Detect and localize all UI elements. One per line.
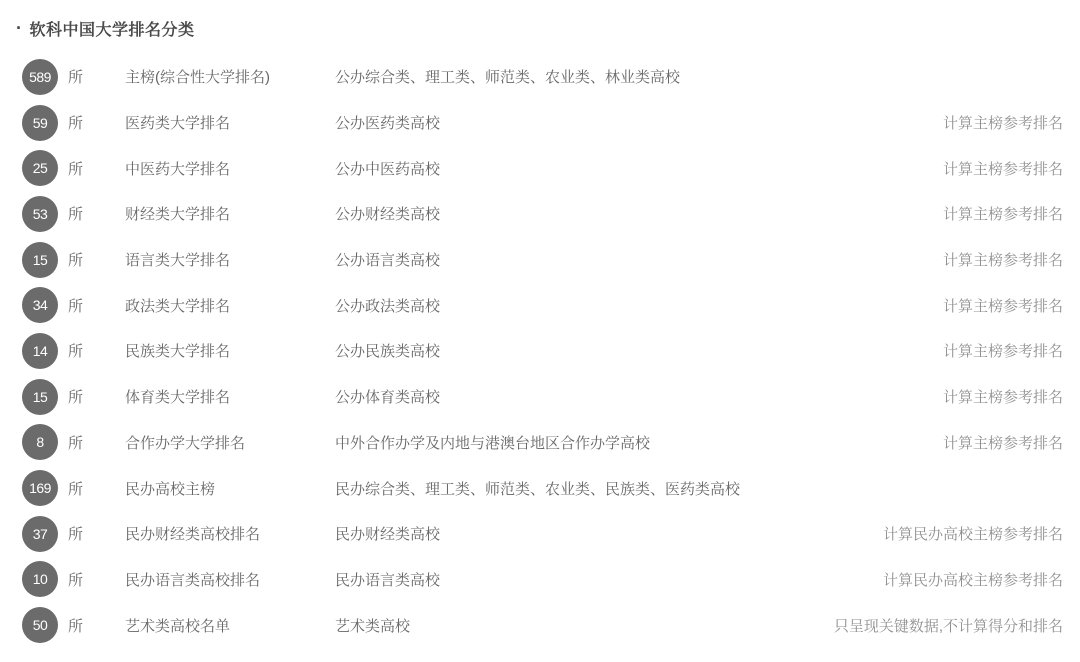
unit-label: 所 (63, 569, 125, 590)
ranking-classification-page: · 软科中国大学排名分类 589 所 主榜(综合性大学排名) 公办综合类、理工类… (0, 0, 1080, 662)
category-note: 计算主榜参考排名 (943, 203, 1063, 224)
unit-label: 所 (63, 66, 125, 87)
category-description: 艺术类高校 (335, 615, 834, 636)
count-value: 37 (33, 527, 48, 541)
unit-label: 所 (63, 478, 125, 499)
unit-label: 所 (63, 158, 125, 179)
ranking-category-row: 15 所 语言类大学排名 公办语言类高校 计算主榜参考排名 (0, 237, 1080, 283)
ranking-category-row: 37 所 民办财经类高校排名 民办财经类高校 计算民办高校主榜参考排名 (0, 511, 1080, 557)
count-value: 15 (33, 390, 48, 404)
unit-label: 所 (63, 386, 125, 407)
category-note: 计算主榜参考排名 (943, 432, 1063, 453)
category-description: 中外合作办学及内地与港澳台地区合作办学高校 (335, 432, 943, 453)
unit-label: 所 (63, 615, 125, 636)
count-badge: 50 (22, 607, 58, 643)
category-note: 计算主榜参考排名 (943, 158, 1063, 179)
category-note: 计算民办高校主榜参考排名 (883, 569, 1063, 590)
count-badge: 14 (22, 333, 58, 369)
ranking-category-row: 15 所 体育类大学排名 公办体育类高校 计算主榜参考排名 (0, 374, 1080, 420)
unit-label: 所 (63, 295, 125, 316)
category-description: 公办综合类、理工类、师范类、农业类、林业类高校 (335, 66, 1063, 87)
category-name: 民办高校主榜 (125, 478, 335, 499)
category-description: 公办民族类高校 (335, 340, 943, 361)
category-description: 公办政法类高校 (335, 295, 943, 316)
unit-label: 所 (63, 340, 125, 361)
count-value: 589 (29, 70, 51, 84)
ranking-category-row: 50 所 艺术类高校名单 艺术类高校 只呈现关键数据,不计算得分和排名 (0, 602, 1080, 648)
category-name: 财经类大学排名 (125, 203, 335, 224)
category-name: 民族类大学排名 (125, 340, 335, 361)
category-description: 民办语言类高校 (335, 569, 883, 590)
count-value: 50 (33, 618, 48, 632)
category-description: 公办中医药高校 (335, 158, 943, 179)
count-value: 10 (33, 572, 48, 586)
category-description: 公办语言类高校 (335, 249, 943, 270)
category-name: 中医药大学排名 (125, 158, 335, 179)
ranking-category-row: 25 所 中医药大学排名 公办中医药高校 计算主榜参考排名 (0, 145, 1080, 191)
category-name: 民办语言类高校排名 (125, 569, 335, 590)
category-description: 民办财经类高校 (335, 523, 883, 544)
category-note: 计算民办高校主榜参考排名 (883, 523, 1063, 544)
count-badge: 34 (22, 287, 58, 323)
count-badge: 15 (22, 379, 58, 415)
count-badge: 37 (22, 516, 58, 552)
category-name: 政法类大学排名 (125, 295, 335, 316)
count-value: 14 (33, 344, 48, 358)
category-name: 艺术类高校名单 (125, 615, 335, 636)
count-value: 53 (33, 207, 48, 221)
count-badge: 8 (22, 424, 58, 460)
count-badge: 10 (22, 561, 58, 597)
category-note: 计算主榜参考排名 (943, 386, 1063, 407)
category-note: 计算主榜参考排名 (943, 249, 1063, 270)
count-value: 25 (33, 161, 48, 175)
count-badge: 15 (22, 242, 58, 278)
unit-label: 所 (63, 432, 125, 453)
ranking-category-row: 8 所 合作办学大学排名 中外合作办学及内地与港澳台地区合作办学高校 计算主榜参… (0, 420, 1080, 466)
category-name: 语言类大学排名 (125, 249, 335, 270)
count-value: 59 (33, 116, 48, 130)
count-badge: 169 (22, 470, 58, 506)
category-name: 合作办学大学排名 (125, 432, 335, 453)
section-title: · 软科中国大学排名分类 (16, 17, 1063, 39)
count-value: 15 (33, 253, 48, 267)
count-badge: 589 (22, 59, 58, 95)
count-value: 8 (36, 435, 43, 449)
category-description: 公办体育类高校 (335, 386, 943, 407)
category-note: 只呈现关键数据,不计算得分和排名 (834, 615, 1063, 636)
category-note: 计算主榜参考排名 (943, 340, 1063, 361)
count-value: 34 (33, 298, 48, 312)
category-note: 计算主榜参考排名 (943, 295, 1063, 316)
unit-label: 所 (63, 203, 125, 224)
category-description: 公办财经类高校 (335, 203, 943, 224)
page-title: 软科中国大学排名分类 (30, 17, 195, 40)
category-name: 主榜(综合性大学排名) (125, 66, 335, 87)
ranking-category-list: 589 所 主榜(综合性大学排名) 公办综合类、理工类、师范类、农业类、林业类高… (0, 54, 1080, 648)
count-value: 169 (29, 481, 51, 495)
category-name: 医药类大学排名 (125, 112, 335, 133)
category-name: 体育类大学排名 (125, 386, 335, 407)
category-description: 民办综合类、理工类、师范类、农业类、民族类、医药类高校 (335, 478, 1063, 499)
count-badge: 25 (22, 150, 58, 186)
ranking-category-row: 10 所 民办语言类高校排名 民办语言类高校 计算民办高校主榜参考排名 (0, 557, 1080, 603)
count-badge: 59 (22, 105, 58, 141)
ranking-category-row: 14 所 民族类大学排名 公办民族类高校 计算主榜参考排名 (0, 328, 1080, 374)
unit-label: 所 (63, 523, 125, 544)
ranking-category-row: 169 所 民办高校主榜 民办综合类、理工类、师范类、农业类、民族类、医药类高校 (0, 465, 1080, 511)
category-note: 计算主榜参考排名 (943, 112, 1063, 133)
unit-label: 所 (63, 112, 125, 133)
count-badge: 53 (22, 196, 58, 232)
ranking-category-row: 53 所 财经类大学排名 公办财经类高校 计算主榜参考排名 (0, 191, 1080, 237)
category-description: 公办医药类高校 (335, 112, 943, 133)
category-name: 民办财经类高校排名 (125, 523, 335, 544)
unit-label: 所 (63, 249, 125, 270)
ranking-category-row: 34 所 政法类大学排名 公办政法类高校 计算主榜参考排名 (0, 282, 1080, 328)
ranking-category-row: 59 所 医药类大学排名 公办医药类高校 计算主榜参考排名 (0, 100, 1080, 146)
bullet-icon: · (16, 17, 23, 39)
ranking-category-row: 589 所 主榜(综合性大学排名) 公办综合类、理工类、师范类、农业类、林业类高… (0, 54, 1080, 100)
